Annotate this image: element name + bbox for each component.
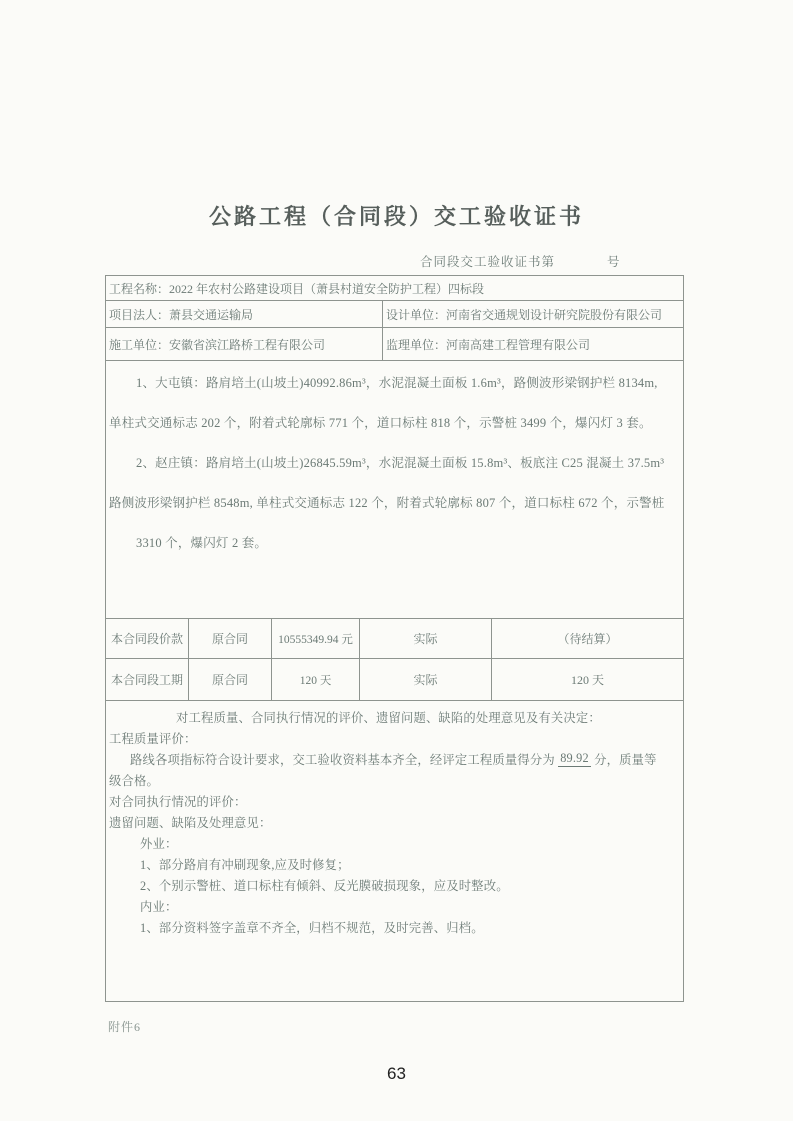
quality-score: 89.92 [558,751,591,767]
page-number: 63 [0,1064,793,1084]
scope-line: 2、赵庄镇：路肩培土(山坡土)26845.59m³，水泥混凝土面板 15.8m³… [106,442,683,482]
designer-value: 河南省交通规划设计研究院股份有限公司 [446,306,662,323]
contractor-label: 施工单位： [109,336,169,353]
field-work-item: 1、部分路肩有冲刷现象,应及时修复； [106,853,683,874]
scope-line: 单柱式交通标志 202 个，附着式轮廓标 771 个，道口标柱 818 个，示警… [106,402,683,442]
supervisor-label: 监理单位： [386,336,446,353]
scope-line: 1、大屯镇：路肩培土(山坡土)40992.86m³，水泥混凝土面板 1.6m³，… [106,362,683,402]
legal-person-cell: 项目法人： 萧县交通运输局 [106,301,383,327]
duration-original-label: 原合同 [189,659,272,700]
work-scope-cell: 1、大屯镇：路肩培土(山坡土)40992.86m³，水泥混凝土面板 1.6m³，… [106,361,683,619]
quality-eval-text-pre: 路线各项指标符合设计要求，交工验收资料基本齐全，经评定工程质量得分为 [130,750,555,768]
certificate-number-label: 合同段交工验收证书第 [420,255,555,269]
scope-line: 路侧波形梁钢护栏 8548m, 单柱式交通标志 122 个，附着式轮廓标 807… [106,482,683,522]
issues-title: 遗留问题、缺陷及处理意见： [106,811,683,832]
field-work-item: 2、个别示警桩、道口标柱有倾斜、反光膜破损现象，应及时整改。 [106,874,683,895]
office-work-item: 1、部分资料签字盖章不齐全，归档不规范，及时完善、归档。 [106,916,683,937]
project-name-row: 工程名称： 2022 年农村公路建设项目（萧县村道安全防护工程）四标段 [106,276,683,301]
supervisor-cell: 监理单位： 河南高建工程管理有限公司 [383,328,683,360]
doc-title: 公路工程（合同段）交工验收证书 [0,200,793,231]
quality-eval-line2: 级合格。 [106,769,683,790]
certificate-number-line: 合同段交工验收证书第号 [420,252,621,270]
contract-duration-row: 本合同段工期 原合同 120 天 实际 120 天 [106,659,683,701]
legal-person-value: 萧县交通运输局 [169,306,253,323]
scanned-document-page: 公路工程（合同段）交工验收证书 合同段交工验收证书第号 工程名称： 2022 年… [0,0,793,1121]
project-name-value: 2022 年农村公路建设项目（萧县村道安全防护工程）四标段 [169,280,484,297]
contract-eval-title: 对合同执行情况的评价： [106,790,683,811]
contractor-value: 安徽省滨江路桥工程有限公司 [169,336,325,353]
quality-eval-line1: 路线各项指标符合设计要求，交工验收资料基本齐全，经评定工程质量得分为 89.92… [106,748,683,769]
contractor-supervisor-row: 施工单位： 安徽省滨江路桥工程有限公司 监理单位： 河南高建工程管理有限公司 [106,328,683,361]
designer-cell: 设计单位： 河南省交通规划设计研究院股份有限公司 [383,301,683,327]
designer-label: 设计单位： [386,306,446,323]
quality-eval-title: 工程质量评价： [106,727,683,748]
duration-original-value: 120 天 [272,659,360,700]
acceptance-certificate-table: 工程名称： 2022 年农村公路建设项目（萧县村道安全防护工程）四标段 项目法人… [105,275,684,1002]
field-work-title: 外业： [106,832,683,853]
contractor-cell: 施工单位： 安徽省滨江路桥工程有限公司 [106,328,383,360]
duration-actual-label: 实际 [360,659,492,700]
evaluation-heading: 对工程质量、合同执行情况的评价、遗留问题、缺陷的处理意见及有关决定： [106,706,683,727]
legal-person-designer-row: 项目法人： 萧县交通运输局 设计单位： 河南省交通规划设计研究院股份有限公司 [106,301,683,328]
price-original-value: 10555349.94 元 [272,619,360,658]
duration-row-label: 本合同段工期 [106,659,189,700]
contract-price-row: 本合同段价款 原合同 10555349.94 元 实际 （待结算） [106,619,683,659]
legal-person-label: 项目法人： [109,306,169,323]
price-row-label: 本合同段价款 [106,619,189,658]
duration-actual-value: 120 天 [492,659,683,700]
office-work-title: 内业： [106,895,683,916]
price-actual-label: 实际 [360,619,492,658]
attachment-note: 附件6 [108,1018,141,1035]
supervisor-value: 河南高建工程管理有限公司 [446,336,590,353]
scope-line: 3310 个，爆闪灯 2 套。 [106,522,683,562]
price-original-label: 原合同 [189,619,272,658]
evaluation-cell: 对工程质量、合同执行情况的评价、遗留问题、缺陷的处理意见及有关决定： 工程质量评… [106,701,683,1001]
certificate-number-suffix: 号 [607,255,621,269]
quality-eval-text-post: 分，质量等 [594,750,657,768]
price-actual-value: （待结算） [492,619,683,658]
project-name-label: 工程名称： [109,280,169,297]
